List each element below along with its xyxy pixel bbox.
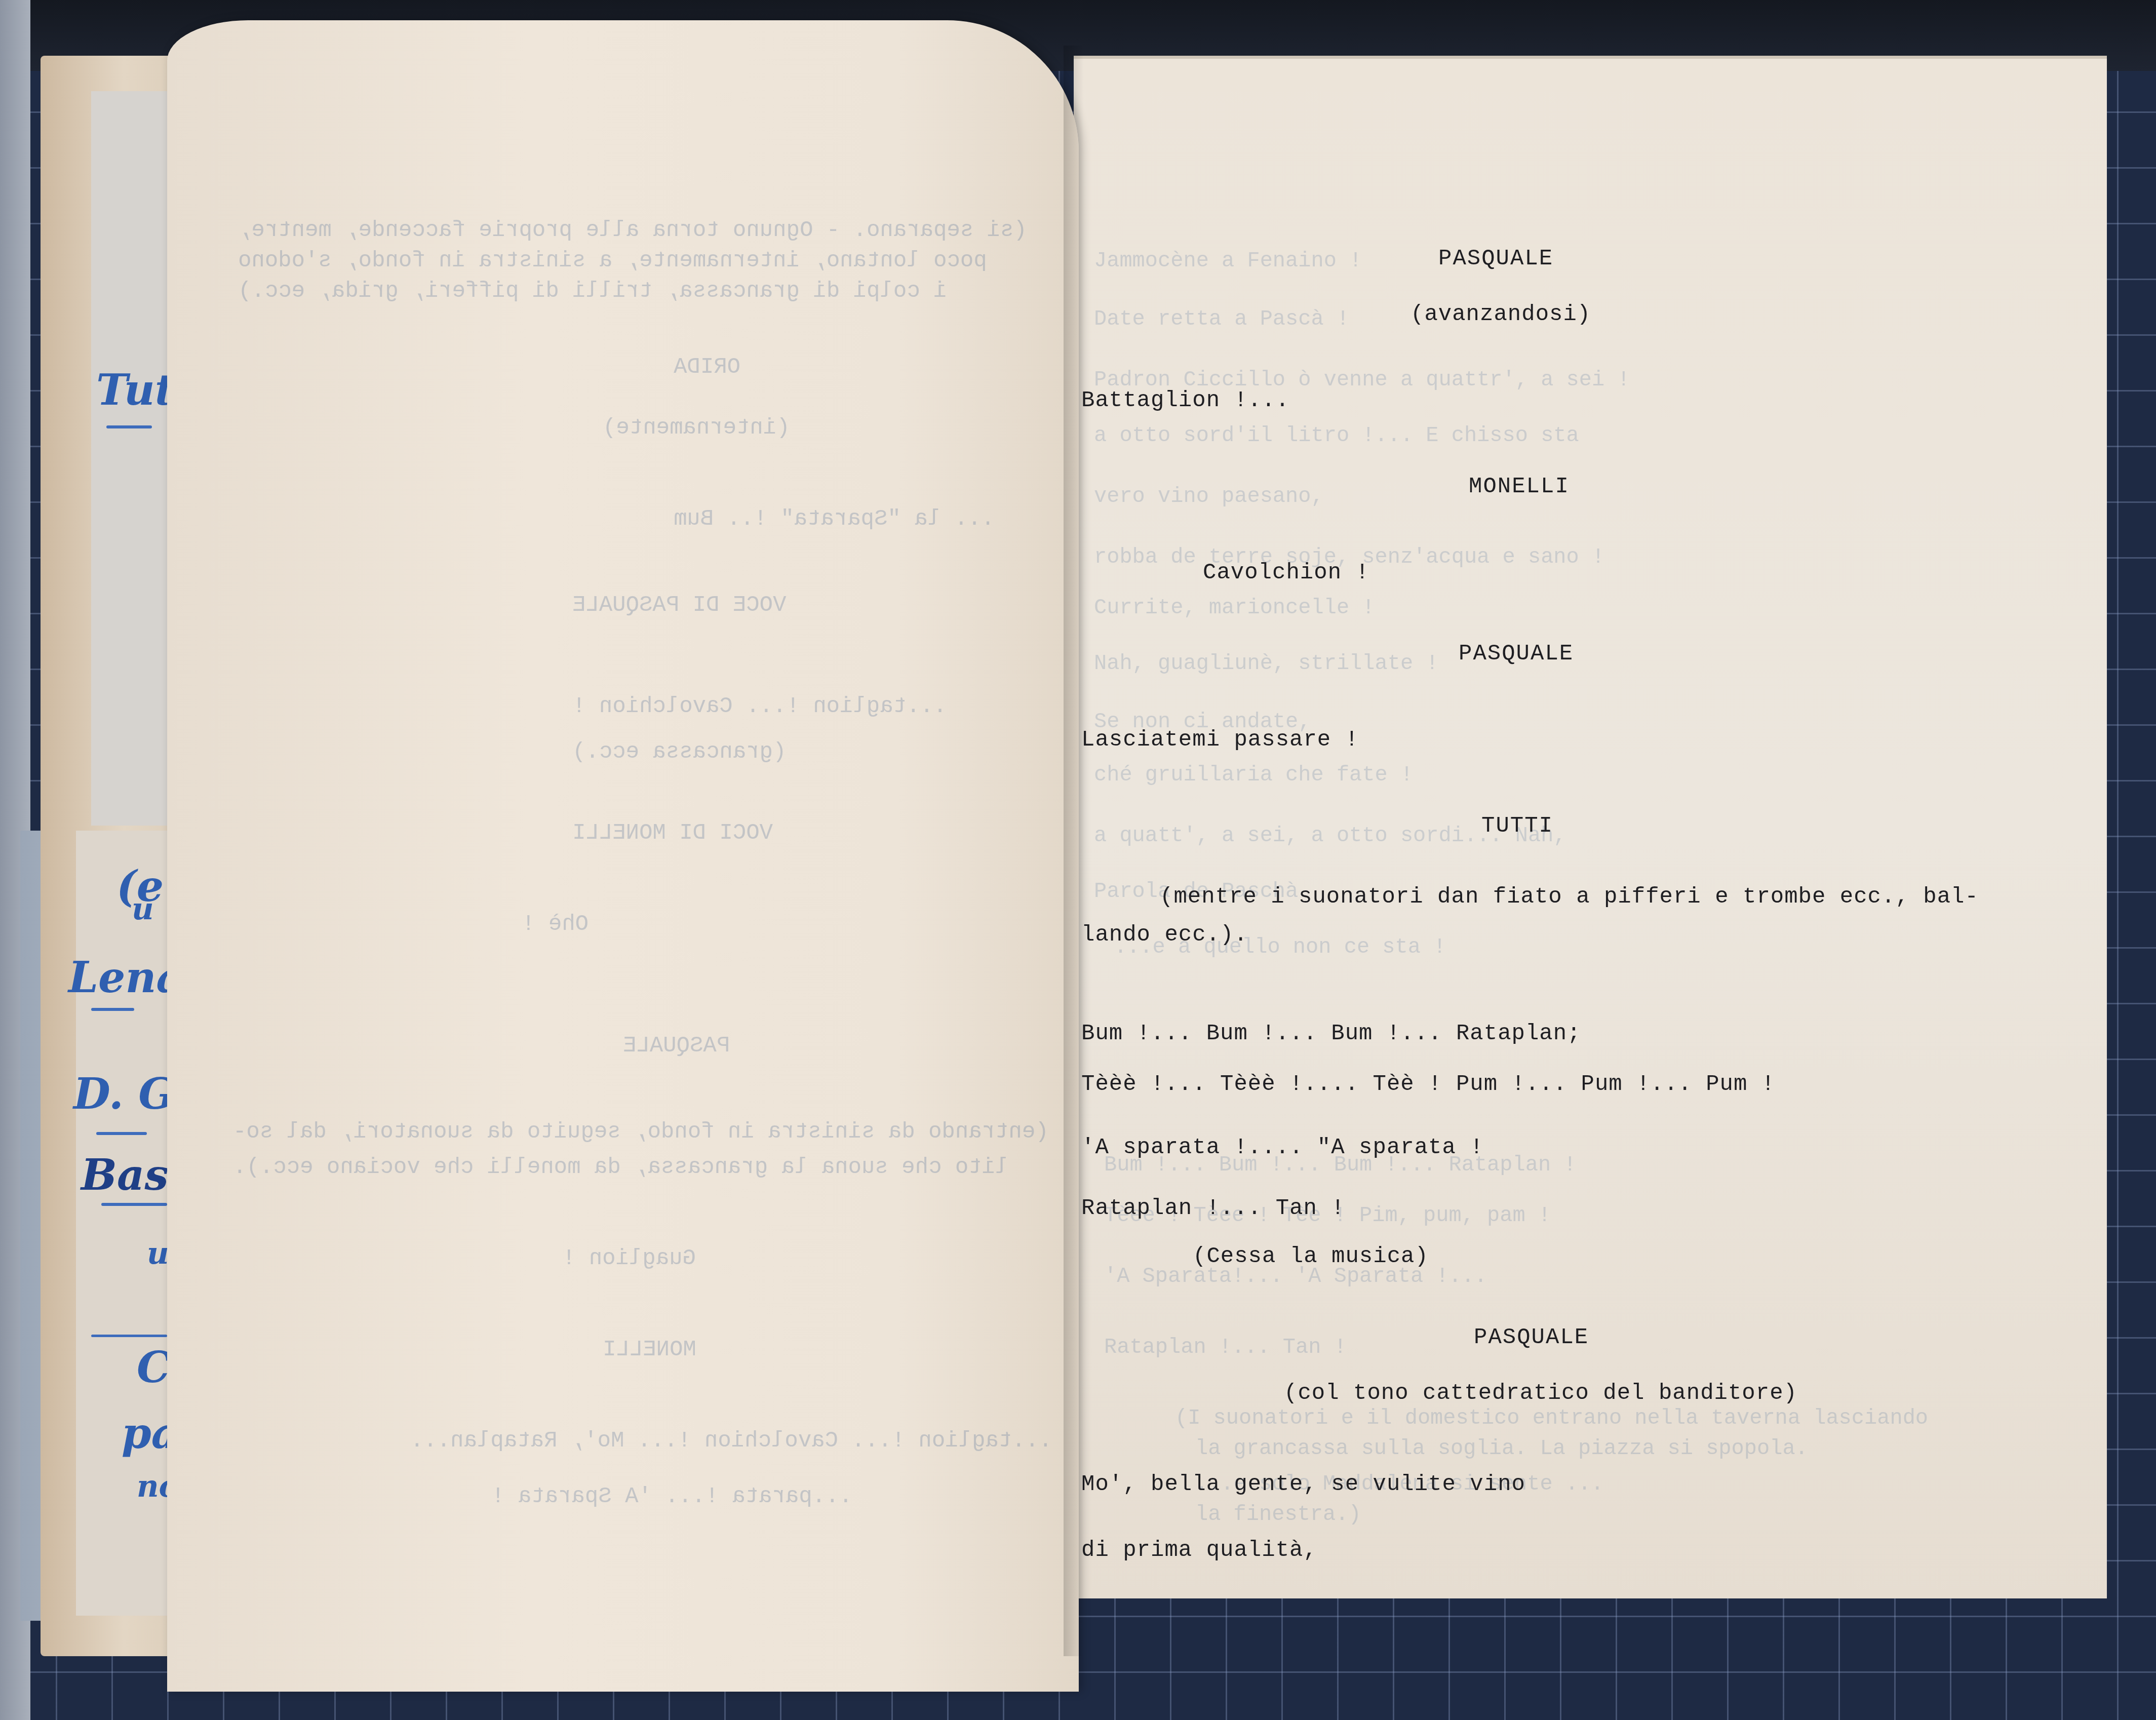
right-page: Jammocène a Fenaino !Date retta a Pascà … xyxy=(1074,56,2107,1598)
mirrored-showthrough-line: (si separano. - Ognuno torna alle propri… xyxy=(238,218,1027,243)
dialogue-line: Cavolchion ! xyxy=(1203,560,1369,585)
showthrough-line: a otto sord'il litro !... E chisso sta xyxy=(1094,423,1579,448)
showthrough-line: vero vino paesano, xyxy=(1094,484,1324,509)
mirrored-showthrough-line: ...taglion !... Cavolchion !... Mo', Rat… xyxy=(410,1428,1052,1454)
handwritten-underline xyxy=(106,425,152,428)
mirrored-showthrough-line: poco lontano, internamente, a sinistra i… xyxy=(238,248,987,273)
speaker-name: PASQUALE xyxy=(1438,246,1553,271)
mirrored-showthrough-line: Guaglion ! xyxy=(562,1246,696,1271)
showthrough-line: la grancassa sulla soglia. La piazza si … xyxy=(1195,1436,1808,1461)
showthrough-line: Date retta a Pascà ! xyxy=(1094,307,1349,331)
margin-note-sheet-top xyxy=(91,91,177,826)
mirrored-showthrough-line: Ohè ! xyxy=(522,912,589,937)
stage-direction: (col tono cattedratico del banditore) xyxy=(1284,1381,1797,1406)
mirrored-showthrough-line: ...taglion !... Cavolchion ! xyxy=(572,694,947,719)
dialogue-line: Tèèè !... Tèèè !.... Tèè ! Pum !... Pum … xyxy=(1081,1072,1775,1097)
mirrored-showthrough-line: PASQUALE xyxy=(623,1033,730,1059)
showthrough-line: ché gruillaria che fate ! xyxy=(1094,763,1413,787)
mirrored-showthrough-line: lito che suona la grancassa, da monelli … xyxy=(233,1155,1008,1180)
handwritten-note: u xyxy=(132,891,154,927)
speaker-name: PASQUALE xyxy=(1474,1325,1589,1350)
handwritten-underline xyxy=(101,1203,167,1206)
dialogue-line: Rataplan !... Tan ! xyxy=(1081,1196,1345,1221)
mirrored-showthrough-line: (entrando da sinistra in fondo, seguito … xyxy=(233,1119,1049,1145)
mirrored-showthrough-line: ORIDA xyxy=(674,355,740,380)
speaker-name: TUTTI xyxy=(1481,813,1553,839)
mirrored-showthrough-line: i colpi di grancassa, trilli di pifferi,… xyxy=(238,279,947,304)
speaker-name: PASQUALE xyxy=(1459,641,1574,667)
mirrored-showthrough-line: (grancassa ecc.) xyxy=(572,739,786,765)
mirrored-showthrough-line: ...parata !... 'A Sparata ! xyxy=(491,1484,852,1509)
showthrough-line: Rataplan !... Tan ! xyxy=(1104,1335,1347,1359)
dialogue-line: Bum !... Bum !... Bum !... Rataplan; xyxy=(1081,1021,1581,1046)
handwritten-underline xyxy=(91,1008,134,1011)
mirrored-showthrough-line: (internamente) xyxy=(603,415,790,441)
dialogue-line: di prima qualità, xyxy=(1081,1538,1317,1563)
handwritten-note: Bas xyxy=(81,1150,169,1200)
speaker-name: MONELLI xyxy=(1469,474,1570,499)
stage-direction: (Cessa la musica) xyxy=(1193,1244,1429,1269)
handwritten-rule xyxy=(91,1335,167,1337)
showthrough-line: (I suonatori e il domestico entrano nell… xyxy=(1175,1406,1928,1430)
showthrough-line: Nah, guagliunè, strillate ! xyxy=(1094,651,1439,676)
stage-direction: (avanzandosi) xyxy=(1410,302,1591,327)
dialogue-line: Battaglion !... xyxy=(1081,388,1289,413)
left-page: (si separano. - Ognuno torna alle propri… xyxy=(167,20,1079,1692)
mirrored-showthrough-line: ... la "Sparata" !.. Bum xyxy=(674,506,995,532)
showthrough-line: Jammocène a Fenaino ! xyxy=(1094,249,1362,273)
showthrough-line: Currite, marioncelle ! xyxy=(1094,596,1375,620)
handwritten-note: Lena xyxy=(68,952,184,1002)
handwritten-underline xyxy=(96,1132,147,1135)
showthrough-line: la finestra.) xyxy=(1195,1502,1361,1527)
mirrored-showthrough-line: VOCI DI MONELLI xyxy=(572,820,773,846)
handwritten-note: u xyxy=(147,1236,169,1271)
dialogue-line: Mo', bella gente, se vulite vino xyxy=(1081,1472,1525,1497)
mirrored-showthrough-line: VOCE DI PASQUALE xyxy=(572,593,786,618)
dialogue-line: Lasciatemi passare ! xyxy=(1081,727,1359,753)
dialogue-line: 'A sparata !.... "A sparata ! xyxy=(1081,1135,1484,1160)
book-gutter xyxy=(1064,46,1084,1656)
stage-direction: (mentre i suonatori dan fiato a pifferi … xyxy=(1160,884,1979,910)
mirrored-showthrough-line: MONELLI xyxy=(603,1337,696,1362)
stage-direction: lando ecc.). xyxy=(1081,922,1248,948)
